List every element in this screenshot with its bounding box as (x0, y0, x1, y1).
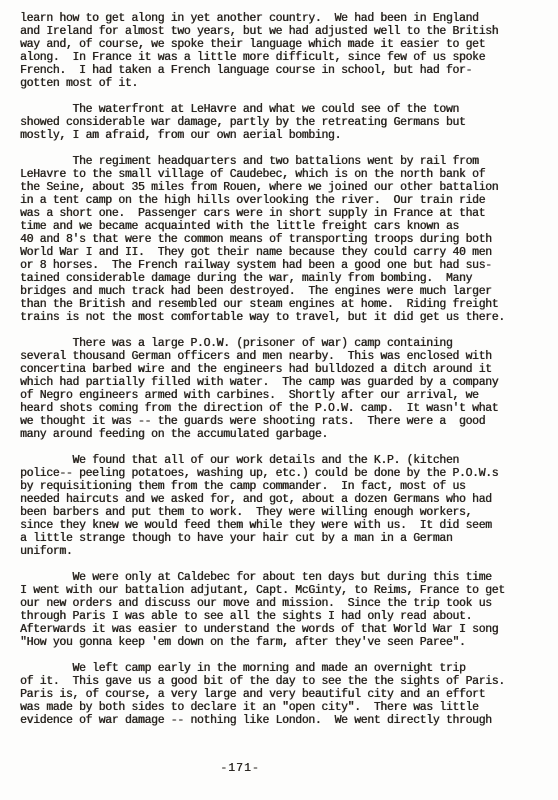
document-page: learn how to get along in yet another co… (0, 0, 558, 800)
paragraph: There was a large P.O.W. (prisoner of wa… (20, 337, 542, 441)
paragraph: We found that all of our work details an… (20, 454, 542, 558)
paragraph: We left camp early in the morning and ma… (20, 662, 542, 727)
paragraph: The regiment headquarters and two battal… (20, 155, 542, 324)
text-block: learn how to get along in yet another co… (20, 12, 542, 740)
paragraph: We were only at Caldebec for about ten d… (20, 571, 542, 649)
paragraph: learn how to get along in yet another co… (20, 12, 542, 90)
page-number: -171- (0, 762, 519, 775)
paragraph: The waterfront at LeHavre and what we co… (20, 103, 542, 142)
